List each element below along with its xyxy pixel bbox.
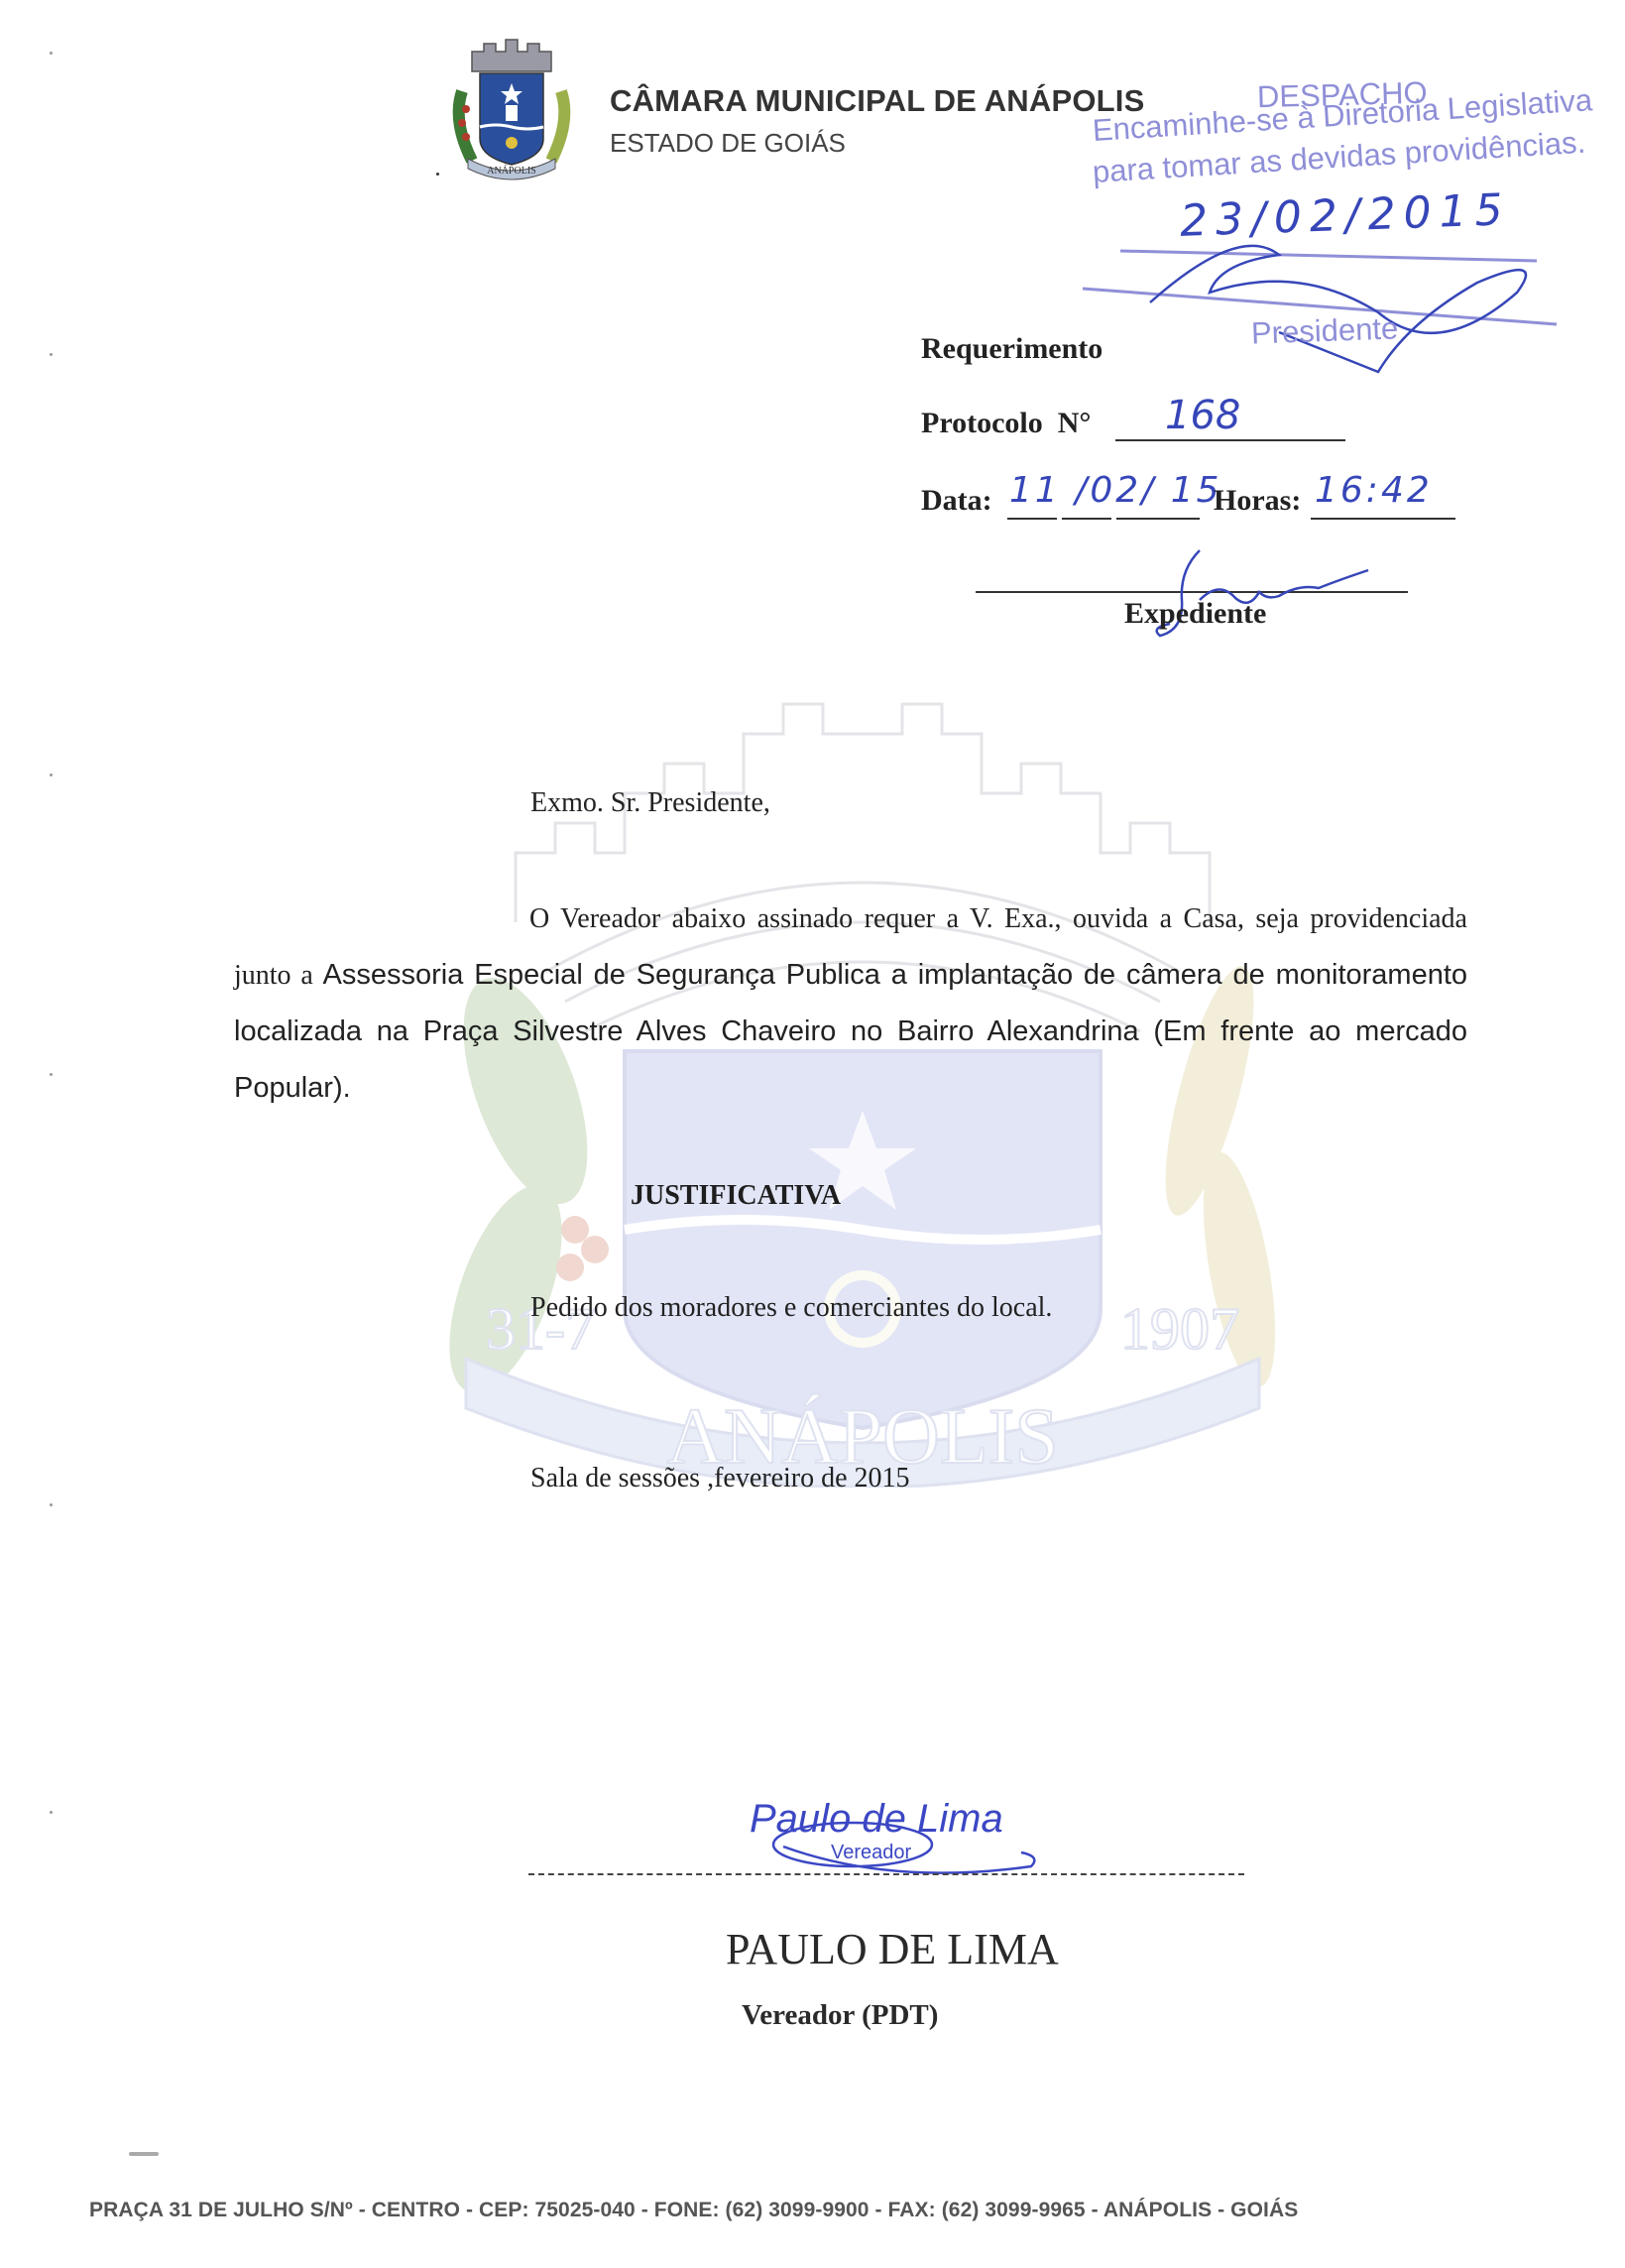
requerimento-title: Requerimento xyxy=(921,332,1103,366)
date-month-field xyxy=(1062,518,1111,520)
scan-speck xyxy=(50,52,53,55)
date-label: Data: xyxy=(921,484,992,518)
organization-state: ESTADO DE GOIÁS xyxy=(610,128,846,159)
scan-speck xyxy=(50,1811,53,1814)
date-day-field xyxy=(1007,518,1057,520)
signature-dashed-line xyxy=(528,1873,1244,1875)
request-paragraph: O Vereador abaixo assinado requer a V. E… xyxy=(234,891,1467,1117)
protocol-number-field xyxy=(1115,439,1345,441)
hours-value: 16:42 xyxy=(1315,470,1433,511)
salutation: Exmo. Sr. Presidente, xyxy=(530,787,770,819)
hours-field xyxy=(1311,518,1455,520)
signature-stamp-role: Vereador xyxy=(831,1842,911,1864)
signer-name: PAULO DE LIMA xyxy=(726,1924,1059,1974)
protocol-number-value: 168 xyxy=(1165,393,1240,438)
closing-line: Sala de sessões ,fevereiro de 2015 xyxy=(530,1463,910,1494)
scan-smudge xyxy=(129,2152,159,2156)
justification-text: Pedido dos moradores e comerciantes do l… xyxy=(530,1292,1052,1324)
municipal-coat-of-arms-icon: ANÁPOLIS xyxy=(432,32,591,190)
date-year-field xyxy=(1116,518,1200,520)
scan-speck xyxy=(436,173,439,176)
hours-label: Horas: xyxy=(1214,484,1301,518)
despacho-stamp-president: Presidente xyxy=(1250,310,1398,351)
expediente-label: Expediente xyxy=(1124,597,1266,631)
scan-speck xyxy=(50,774,53,776)
svg-text:ANÁPOLIS: ANÁPOLIS xyxy=(487,165,535,177)
scan-speck xyxy=(50,1073,53,1076)
organization-name: CÂMARA MUNICIPAL DE ANÁPOLIS xyxy=(610,83,1145,119)
scan-speck xyxy=(50,353,53,356)
scan-speck xyxy=(50,1503,53,1506)
signer-role: Vereador (PDT) xyxy=(742,1999,938,2032)
request-paragraph-sans: Assessoria Especial de Segurança Publica… xyxy=(234,959,1467,1104)
date-value: 11 /02/ 15 xyxy=(1009,470,1222,511)
footer-address: PRAÇA 31 DE JULHO S/Nº - CENTRO - CEP: 7… xyxy=(89,2199,1298,2222)
justification-title: JUSTIFICATIVA xyxy=(631,1180,841,1212)
svg-text:1907: 1907 xyxy=(1120,1296,1239,1362)
protocol-number-label: Protocolo N° xyxy=(921,407,1091,440)
despacho-signature-lines xyxy=(1081,233,1586,382)
signature-stamp-name: Paulo de Lima xyxy=(750,1797,1003,1842)
